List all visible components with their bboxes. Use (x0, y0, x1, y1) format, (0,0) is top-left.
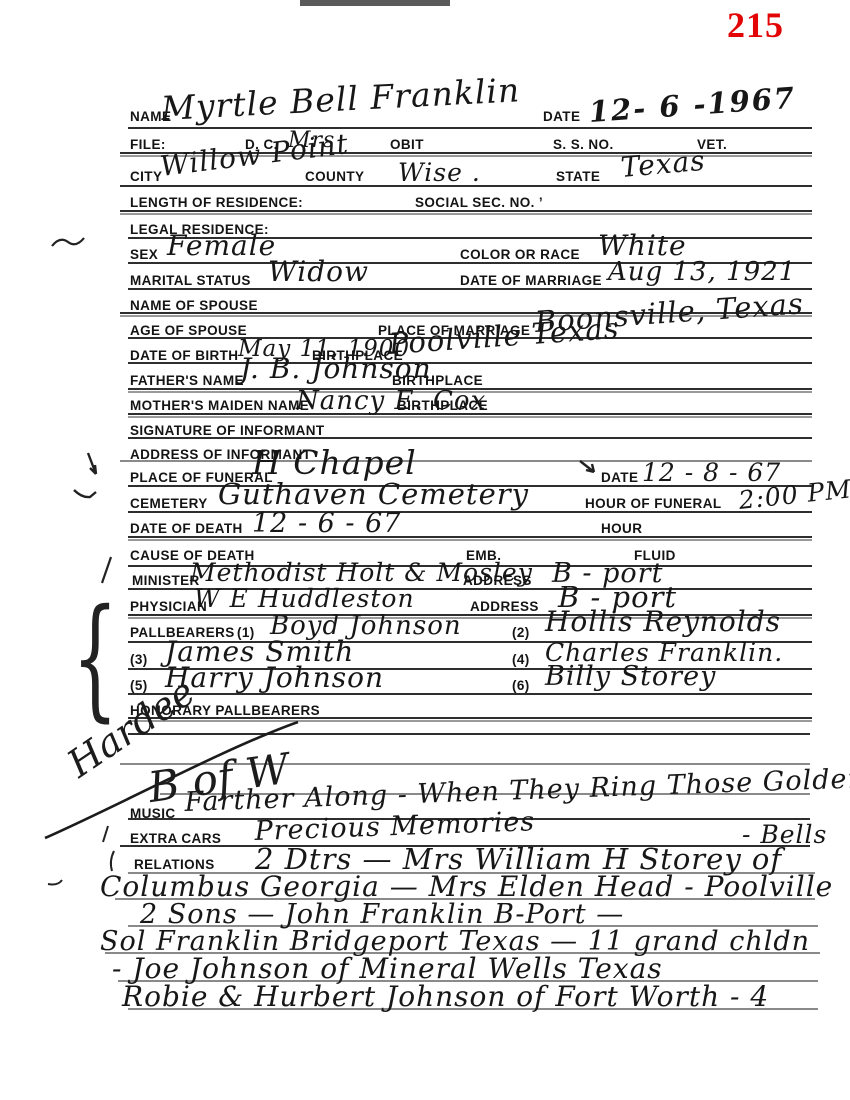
check-mark-icon (74, 490, 96, 497)
margin-brace-mark: { (72, 592, 118, 724)
field-label-date: DATE (543, 109, 580, 124)
rule (128, 536, 812, 538)
pallbearer-num-4: (4) (512, 652, 530, 667)
field-label-cemetery: CEMETERY (130, 496, 208, 511)
field-label-name-of-spouse: NAME OF SPOUSE (130, 298, 258, 313)
arrow-date-mark-icon (580, 461, 594, 472)
hw-fathers-name-value: J. B. Johnson (240, 355, 432, 383)
scanned-record-card: 215 NAME DATE FILE: D. C. OBIT S. S. NO.… (0, 0, 850, 1100)
field-label-hour: HOUR (601, 521, 642, 536)
hw-county-value: Wise . (398, 160, 481, 185)
page-number: 215 (727, 4, 784, 46)
hw-extra-cars-value: Precious Memories (254, 808, 536, 845)
field-label-signature-of-informant: SIGNATURE OF INFORMANT (130, 423, 325, 438)
field-label-mothers-maiden-name: MOTHER'S MAIDEN NAME (130, 398, 309, 413)
hw-state-value: Texas (620, 147, 707, 182)
field-label-ssno: S. S. NO. (553, 137, 614, 152)
hw-mothers-maiden-name-value: Nancy E. Cox (296, 388, 486, 414)
hw-relations-line-3: 2 Sons — John Franklin B-Port — (140, 901, 624, 928)
pallbearer-num-3: (3) (130, 652, 148, 667)
field-label-age-of-spouse: AGE OF SPOUSE (130, 323, 247, 338)
hw-pallbearer-2: Hollis Reynolds (545, 608, 781, 636)
field-label-color-or-race: COLOR OR RACE (460, 247, 580, 262)
field-label-date-of-birth: DATE OF BIRTH (130, 348, 238, 363)
field-label-state: STATE (556, 169, 600, 184)
hw-relations-line-5: - Joe Johnson of Mineral Wells Texas (112, 955, 663, 983)
hw-place-of-funeral-value: H Chapel (252, 446, 417, 479)
field-label-marital-status: MARITAL STATUS (130, 273, 251, 288)
hw-minister-value: Methodist Holt & Mosley (190, 560, 533, 585)
tick-relations-mark-icon (111, 851, 114, 871)
field-label-sex: SEX (130, 247, 158, 262)
hw-sex-value: Female (167, 232, 276, 260)
hw-marital-status-value: Widow (268, 258, 369, 286)
hw-date-of-death-value: 12 - 6 - 67 (252, 510, 401, 537)
tick-extracars-mark-icon (103, 826, 108, 842)
hw-relations-line-6: Robie & Hurbert Johnson of Fort Worth - … (122, 983, 769, 1011)
tick-left-margin-icon (48, 880, 62, 885)
hw-name-value: Myrtle Bell Franklin (160, 73, 521, 125)
hw-pallbearer-6: Billy Storey (545, 663, 716, 690)
hw-physician-value: W E Huddleston (194, 586, 415, 611)
field-label-date-of-marriage: DATE OF MARRIAGE (460, 273, 602, 288)
arrow-down-mark-icon (88, 453, 96, 474)
tick-minister-mark-icon (102, 557, 111, 583)
rule (128, 288, 812, 290)
rule (120, 210, 812, 212)
pallbearer-num-6: (6) (512, 678, 530, 693)
scan-artifact-bar (300, 0, 450, 6)
pallbearer-num-2: (2) (512, 625, 530, 640)
field-label-fathers-name: FATHER'S NAME (130, 373, 244, 388)
field-label-social-sec-no: SOCIAL SEC. NO. ’ (415, 195, 543, 210)
hw-date-of-marriage-value: Aug 13, 1921 (608, 259, 796, 285)
hw-relations-line-2: Columbus Georgia — Mrs Elden Head - Pool… (100, 873, 833, 901)
squiggle-mark-icon (52, 238, 84, 246)
field-label-hour-of-funeral: HOUR OF FUNERAL (585, 496, 722, 511)
field-label-extra-cars: EXTRA CARS (130, 831, 221, 846)
field-label-obit: OBIT (390, 137, 424, 152)
field-label-length-of-residence: LENGTH OF RESIDENCE: (130, 195, 303, 210)
hw-relations-line-4: Sol Franklin Bridgeport Texas — 11 grand… (100, 928, 810, 955)
field-label-physician-address: ADDRESS (470, 599, 539, 614)
field-label-date-of-death: DATE OF DEATH (130, 521, 243, 536)
hw-cemetery-value: Guthaven Cemetery (218, 480, 529, 509)
hw-race-value: White (598, 232, 687, 260)
hw-date-value: 12- 6 -1967 (588, 84, 797, 127)
rule (128, 511, 812, 513)
field-label-county: COUNTY (305, 169, 364, 184)
field-label-city: CITY (130, 169, 162, 184)
rule (128, 733, 810, 735)
hw-funeral-date-value: 12 - 8 - 67 (642, 460, 781, 485)
rule (128, 127, 812, 129)
field-label-funeral-date: DATE (601, 470, 638, 485)
hw-pallbearer-5: Harry Johnson (165, 664, 384, 692)
